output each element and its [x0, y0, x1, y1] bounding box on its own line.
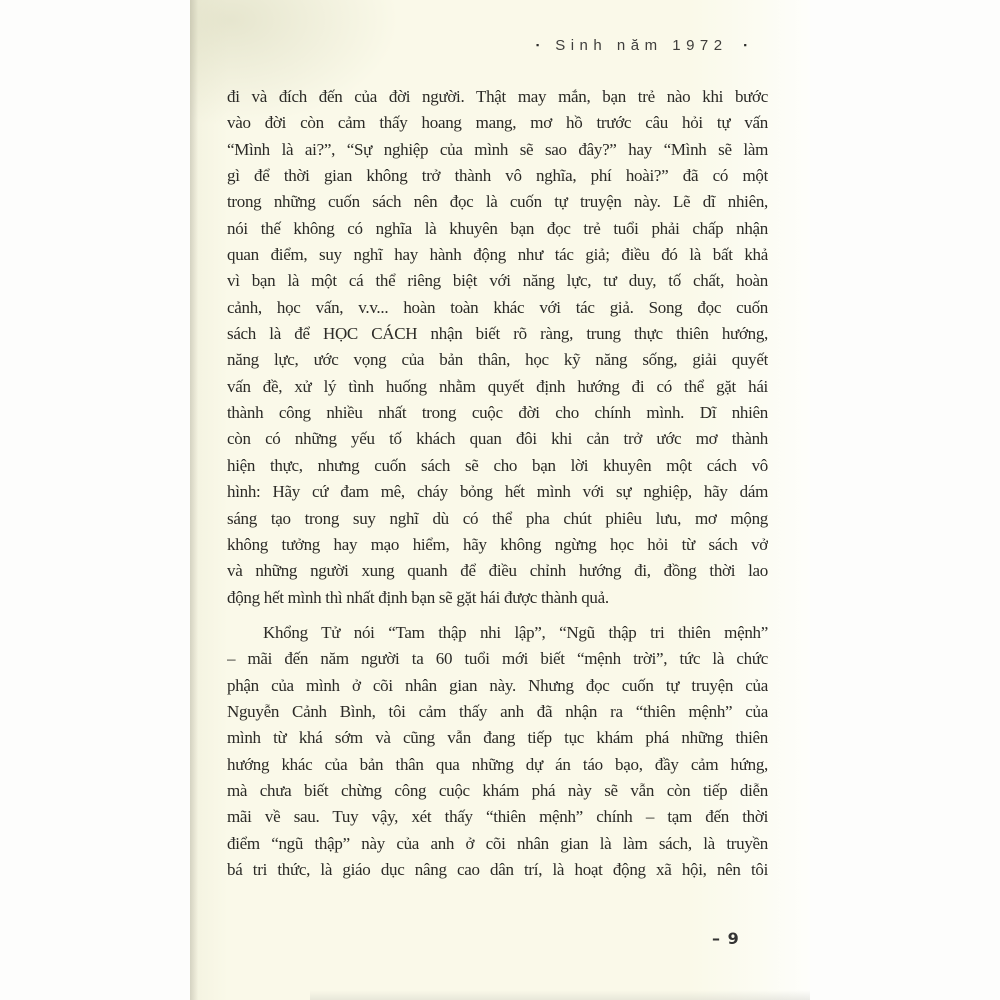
text-line: hình: Hãy cứ đam mê, cháy bỏng hết mình …	[227, 479, 768, 505]
header-bullet-left-icon: ▪	[536, 40, 539, 50]
text-line: vào đời còn cảm thấy hoang mang, mơ hồ t…	[227, 110, 768, 136]
text-line: vì bạn là một cá thể riêng biệt với năng…	[227, 268, 768, 294]
running-head-text: Sinh năm 1972	[555, 37, 727, 54]
text-line: – mãi đến năm người ta 60 tuổi mới biết …	[227, 646, 768, 672]
page-number: – 9	[712, 929, 740, 948]
text-line: Nguyễn Cảnh Bình, tôi cảm thấy anh đã nh…	[227, 699, 768, 725]
text-line: còn có những yếu tố khách quan đôi khi c…	[227, 426, 768, 452]
text-line: sách là để HỌC CÁCH nhận biết rõ ràng, t…	[227, 321, 768, 347]
text-line: gì để thời gian không trở thành vô nghĩa…	[227, 163, 768, 189]
text-line: không tưởng hay mạo hiểm, hãy không ngừn…	[227, 532, 768, 558]
running-head: ▪ Sinh năm 1972 ▪	[536, 37, 747, 54]
text-line: hướng khác của bản thân qua những dự án …	[227, 752, 768, 778]
text-line: nói thế không có nghĩa là khuyên bạn đọc…	[227, 216, 768, 242]
text-line: cảnh, học vấn, v.v... hoàn toàn khác với…	[227, 295, 768, 321]
text-line: thành công nhiều nhất trong cuộc đời cho…	[227, 400, 768, 426]
header-bullet-right-icon: ▪	[744, 40, 747, 50]
text-line: “Mình là ai?”, “Sự nghiệp của mình sẽ sa…	[227, 137, 768, 163]
text-line: và những người xung quanh để điều chỉnh …	[227, 558, 768, 584]
text-line: trong những cuốn sách nên đọc là cuốn tự…	[227, 189, 768, 215]
paragraph: Khổng Tử nói “Tam thập nhi lập”, “Ngũ th…	[227, 620, 768, 883]
text-line: hiện thực, nhưng cuốn sách sẽ cho bạn lờ…	[227, 453, 768, 479]
page-edge-shadow	[190, 0, 198, 1000]
text-line: vấn đề, xử lý tình huống nhằm quyết định…	[227, 374, 768, 400]
paragraph: đi và đích đến của đời người. Thật may m…	[227, 84, 768, 611]
text-line: mình từ khá sớm và cũng vẫn đang tiếp tụ…	[227, 725, 768, 751]
text-line: quan điểm, suy nghĩ hay hành động như tá…	[227, 242, 768, 268]
text-line: mà chưa biết chừng công cuộc khám phá nà…	[227, 778, 768, 804]
text-line: mãi về sau. Tuy vậy, xét thấy “thiên mện…	[227, 804, 768, 830]
text-line: phận của mình ở cõi nhân gian này. Nhưng…	[227, 673, 768, 699]
text-line: đi và đích đến của đời người. Thật may m…	[227, 84, 768, 110]
text-line: điểm “ngũ thập” này của anh ở cõi nhân g…	[227, 831, 768, 857]
page-body: đi và đích đến của đời người. Thật may m…	[227, 84, 768, 883]
text-line: năng lực, ước vọng của bản thân, học kỹ …	[227, 347, 768, 373]
text-line: sáng tạo trong suy nghĩ dù có thể pha ch…	[227, 506, 768, 532]
text-line: Khổng Tử nói “Tam thập nhi lập”, “Ngũ th…	[227, 620, 768, 646]
text-line: động hết mình thì nhất định bạn sẽ gặt h…	[227, 585, 768, 611]
text-line: bá tri thức, là giáo dục nâng cao dân tr…	[227, 857, 768, 883]
